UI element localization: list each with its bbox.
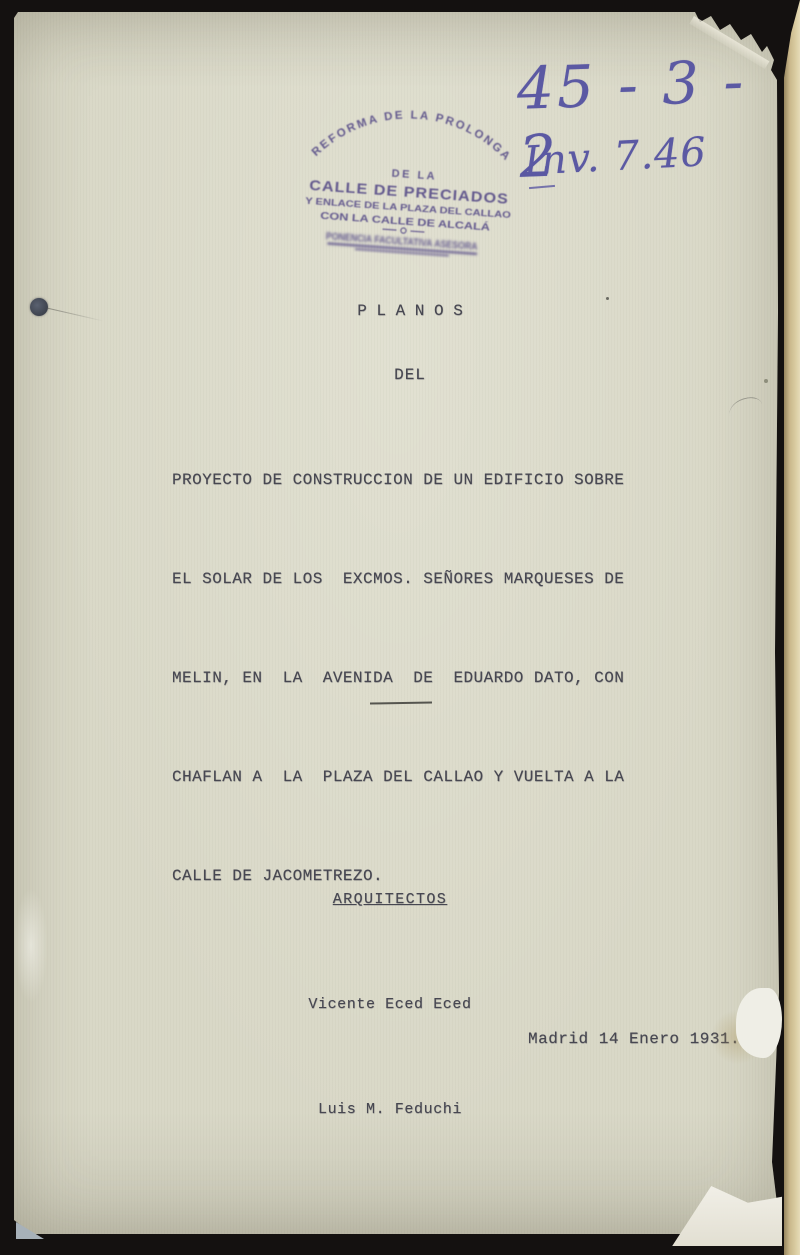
- architects-block: ARQUITECTOS Vicente Eced Eced Luis M. Fe…: [136, 812, 644, 1162]
- dateline: Madrid 14 Enero 1931.: [528, 1030, 740, 1048]
- description-line: MELIN, EN LA AVENIDA DE EDUARDO DATO, CO…: [172, 662, 624, 695]
- stamp-line-1: DE LA: [391, 168, 437, 183]
- architects-heading: ARQUITECTOS: [333, 891, 447, 908]
- torn-paper-patch: [736, 988, 782, 1058]
- description-line: PROYECTO DE CONSTRUCCION DE UN EDIFICIO …: [172, 464, 624, 497]
- ink-blot: [30, 298, 48, 316]
- paper-speck: [606, 297, 609, 300]
- rubber-stamp: REFORMA DE LA PROLONGACIÓN DE LA CALLE D…: [295, 96, 527, 263]
- page-title: P L A N O S: [170, 302, 650, 320]
- description-line: EL SOLAR DE LOS EXCMOS. SEÑORES MARQUESE…: [172, 563, 624, 596]
- description-line: CHAFLAN A LA PLAZA DEL CALLAO Y VUELTA A…: [172, 761, 624, 794]
- paper-smudge: [14, 888, 48, 1003]
- handwritten-inventory-number: Inv. 7.46: [523, 129, 708, 185]
- architect-name: Vicente Eced Eced: [136, 987, 644, 1022]
- archive-photo: { "document": { "annotations": { "archiv…: [0, 0, 800, 1255]
- adjacent-page-edge: [784, 0, 800, 1255]
- paper-speck: [764, 379, 768, 383]
- page-subtitle: DEL: [170, 366, 650, 384]
- architect-name: Luis M. Feduchi: [136, 1092, 644, 1127]
